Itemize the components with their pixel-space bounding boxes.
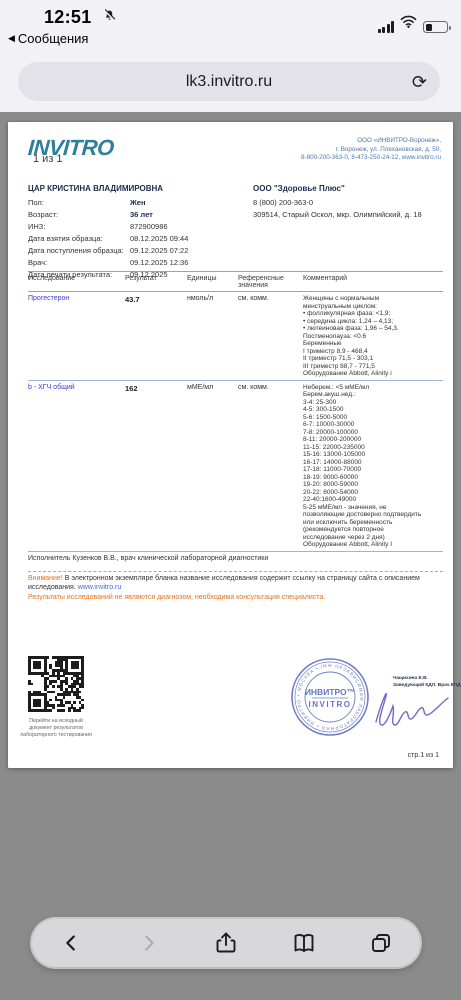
col-reference: Референсные значения	[238, 275, 303, 289]
result-value: 162	[125, 384, 187, 549]
col-result: Результат	[125, 275, 187, 289]
units: мМЕ/мл	[187, 384, 238, 549]
executor-line: Исполнитель Кузенков В.В., врач клиничес…	[28, 555, 443, 562]
reload-icon[interactable]: ⟳	[412, 73, 427, 91]
comment: Женщины с нормальным менструальным цикло…	[303, 295, 443, 378]
patient-row: Пол:Жен	[28, 197, 243, 209]
qr-code	[28, 656, 84, 712]
result-value: 43.7	[125, 295, 187, 378]
col-comment: Комментарий	[303, 275, 443, 289]
clinic-name: ООО "Здоровье Плюс"	[253, 184, 443, 193]
mute-bell-icon	[103, 9, 116, 27]
back-app-label: Сообщения	[18, 31, 89, 46]
battery-icon	[423, 21, 448, 33]
back-button[interactable]	[58, 930, 84, 956]
lab-branch-info: ООО «ИНВИТРО-Воронеж», г. Воронеж, ул. П…	[301, 137, 441, 163]
status-and-url-bar: 12:51 ◀ Сообщения lk3.invitro.ru ⟳	[0, 0, 461, 112]
col-units: Единицы	[187, 275, 238, 289]
reference: см. комм.	[238, 384, 303, 549]
url-text: lk3.invitro.ru	[186, 73, 272, 91]
address-bar[interactable]: lk3.invitro.ru ⟳	[18, 62, 440, 101]
results-table-header: Исследование Результат Единицы Референсн…	[28, 271, 443, 292]
clinic-address: 309514, Старый Оскол, мкр. Олимпийский, …	[253, 209, 443, 221]
share-button[interactable]	[213, 930, 239, 956]
status-icons	[378, 15, 449, 33]
result-row-progesterone: Прогестерон 43.7 нмоль/л см. комм. Женщи…	[28, 292, 443, 381]
results-section: Исследование Результат Единицы Референсн…	[8, 271, 453, 602]
col-test: Исследование	[28, 275, 125, 289]
screen: { "status_bar": { "time": "12:51", "back…	[0, 0, 461, 1000]
reference: см. комм.	[238, 295, 303, 378]
patient-row: Возраст:36 лет	[28, 209, 243, 221]
attention-note: Внимание! В электронном экземпляре бланк…	[28, 574, 443, 593]
clinic-block: ООО "Здоровье Плюс" 8 (800) 200-363-0 30…	[253, 184, 443, 221]
tabs-button[interactable]	[368, 930, 394, 956]
svg-text:ИНВИТРО™: ИНВИТРО™	[305, 687, 355, 697]
handwritten-signature	[366, 682, 454, 730]
bookmarks-button[interactable]	[291, 930, 317, 956]
patient-row: Дата взятия образца:08.12.2025 09:44	[28, 233, 243, 245]
svg-text:INVITRO: INVITRO	[309, 700, 352, 709]
clock: 12:51	[44, 7, 92, 28]
signer-name: Чащихина Е.В.	[393, 675, 461, 682]
invitro-round-stamp: • НЕЗАВИСИМАЯ ЛАБОРАТОРНАЯ • ИНВИТРО • М…	[290, 657, 370, 737]
forward-button[interactable]	[136, 930, 162, 956]
safari-toolbar	[32, 919, 420, 967]
result-row-hcg: b - ХГЧ общий 162 мМЕ/мл см. комм. Небер…	[28, 381, 443, 552]
lab-report-page: INVITRO 1 из 1 ООО «ИНВИТРО-Воронеж», г.…	[8, 122, 453, 768]
dashed-divider	[28, 571, 443, 572]
comment: Неберем.: <5 мМЕ/мл Берем.акуш.нед.: 3-4…	[303, 384, 443, 549]
disclaimer: Результаты исследований не являются диаг…	[28, 593, 443, 602]
qr-caption: Перейти на исходный документ результатов…	[8, 718, 104, 738]
clinic-phone: 8 (800) 200-363-0	[253, 197, 443, 209]
wifi-icon	[400, 15, 417, 33]
units: нмоль/л	[187, 295, 238, 378]
back-to-messages[interactable]: ◀ Сообщения	[8, 31, 88, 46]
back-triangle-icon: ◀	[8, 33, 15, 44]
patient-block: ЦАР КРИСТИНА ВЛАДИМИРОВНА Пол:Жен Возрас…	[28, 184, 243, 281]
attention-word: Внимание!	[28, 575, 63, 582]
cellular-signal-icon	[378, 21, 395, 33]
signature-zone: Перейти на исходный документ результатов…	[8, 642, 453, 768]
patient-row: Врач:09.12.2025 12:36	[28, 257, 243, 269]
patient-name: ЦАР КРИСТИНА ВЛАДИМИРОВНА	[28, 184, 243, 193]
page-number: стр.1 из 1	[408, 752, 439, 759]
patient-row: Дата поступления образца:09.12.2025 07:2…	[28, 245, 243, 257]
invitro-link[interactable]: www.invitro.ru	[78, 584, 122, 591]
patient-row: ИНЗ:872900986	[28, 221, 243, 233]
page-count-overlay: 1 из 1	[33, 153, 63, 165]
test-link[interactable]: b - ХГЧ общий	[28, 384, 125, 549]
test-link[interactable]: Прогестерон	[28, 295, 125, 378]
